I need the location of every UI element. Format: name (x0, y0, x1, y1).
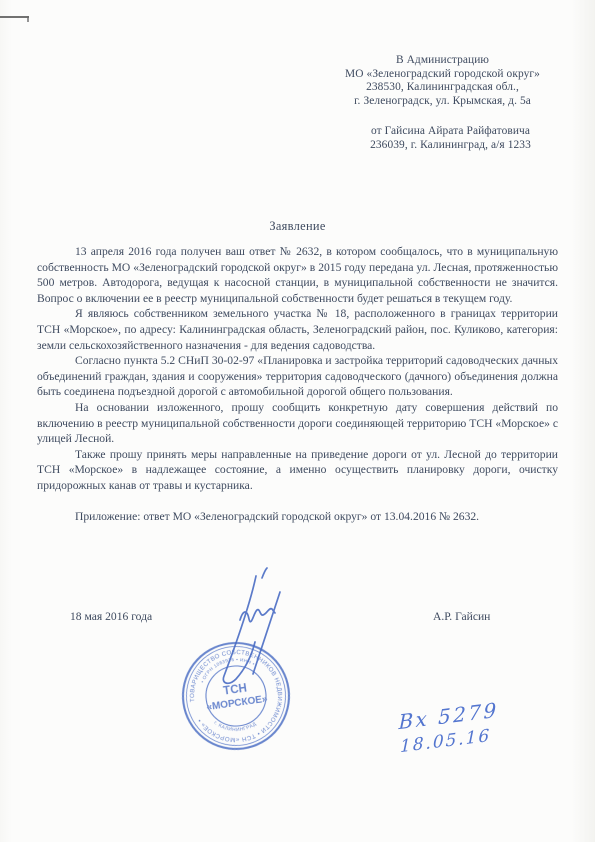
document-title: Заявление (0, 219, 595, 234)
sender-block: от Гайсина Айрата Райфатовича 236039, г.… (308, 125, 593, 152)
signature-graphic (196, 562, 306, 687)
body-paragraph: 13 апреля 2016 года получен ваш ответ № … (37, 244, 558, 306)
handwritten-signature (196, 562, 306, 687)
address-header: В Администрацию МО «Зеленоградский город… (300, 54, 585, 153)
body-paragraph: Также прошу принять меры направленные на… (37, 447, 558, 494)
sender-line: 236039, г. Калининград, а/я 1233 (308, 139, 593, 153)
body-paragraph: Согласно пункта 5.2 СНиП 30-02-97 «Плани… (37, 353, 558, 400)
scanner-artifact-line (0, 16, 29, 18)
scanner-artifact-tick (27, 16, 29, 22)
scanned-letter-page: В Администрацию МО «Зеленоградский город… (0, 0, 595, 842)
recipient-line: г. Зеленоградск, ул. Крымская, д. 5а (300, 95, 585, 109)
signer-name: А.Р. Гайсин (433, 610, 490, 623)
body-paragraph: На основании изложенного, прошу сообщить… (37, 400, 558, 447)
stamp-center-line2: «МОРСКОЕ» (206, 694, 269, 714)
attachment-line: Приложение: ответ МО «Зеленоградский гор… (37, 509, 558, 525)
recipient-line: 238530, Калининградская обл., (300, 81, 585, 95)
recipient-line: МО «Зеленоградский городской округ» (300, 68, 585, 82)
recipient-line: В Администрацию (300, 54, 585, 68)
body-paragraph: Я являюсь собственником земельного участ… (37, 306, 558, 353)
letter-date: 18 мая 2016 года (70, 610, 152, 623)
registration-note: Вх 5279 18.05.16 (398, 698, 499, 758)
letter-body: 13 апреля 2016 года получен ваш ответ № … (37, 244, 558, 525)
sender-line: от Гайсина Айрата Райфатовича (308, 125, 593, 139)
